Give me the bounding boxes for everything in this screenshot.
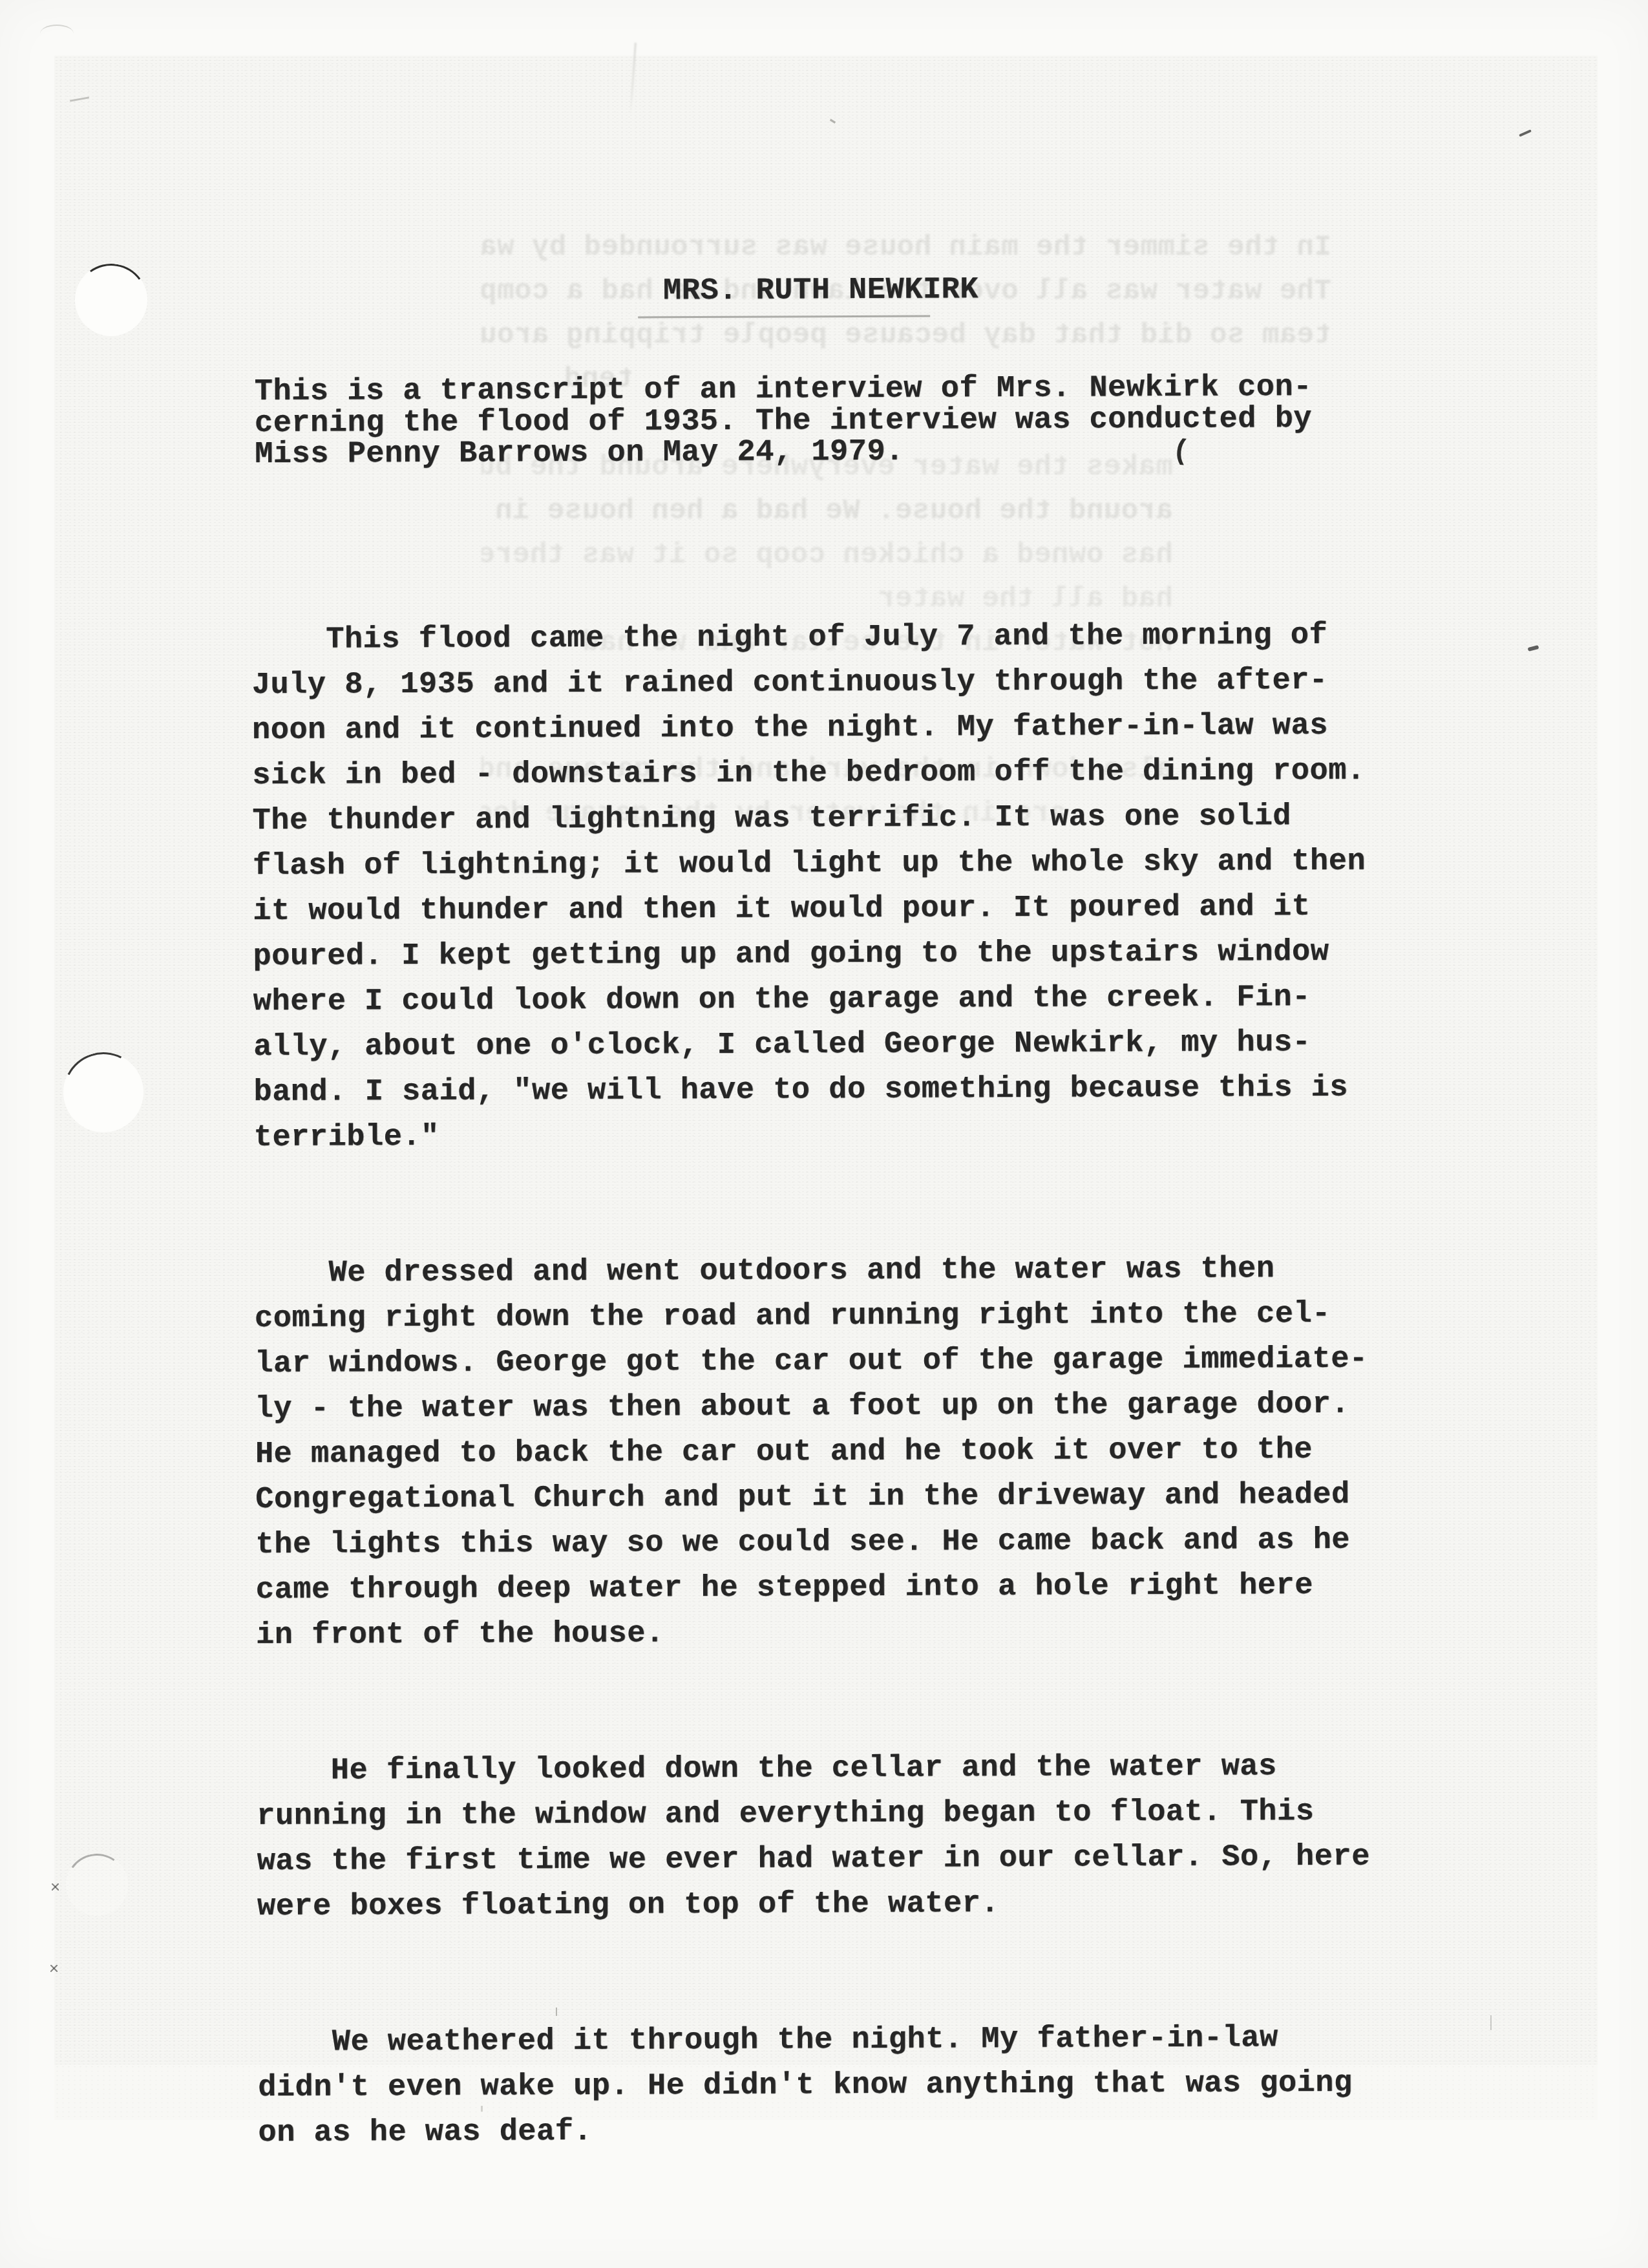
scanned-document-page: In the simmer the main house was surroun… — [0, 0, 1648, 2268]
typed-text-layer: MRS. RUTH NEWKIRK This is a transcript o… — [0, 0, 1648, 2268]
title-underline — [638, 315, 930, 318]
body-paragraph: This flood came the night of July 7 and … — [251, 613, 1391, 1161]
document-body: This flood came the night of July 7 and … — [251, 522, 1397, 2247]
body-paragraph: He finally looked down the cellar and th… — [257, 1744, 1395, 1930]
stray-typewriter-mark: ( — [1171, 435, 1191, 469]
body-paragraph: We weathered it through the night. My fa… — [258, 2015, 1396, 2156]
body-paragraph: We dressed and went outdoors and the wat… — [254, 1246, 1393, 1659]
intro-paragraph: This is a transcript of an interview of … — [255, 372, 1380, 471]
document-title: MRS. RUTH NEWKIRK — [0, 271, 1645, 310]
